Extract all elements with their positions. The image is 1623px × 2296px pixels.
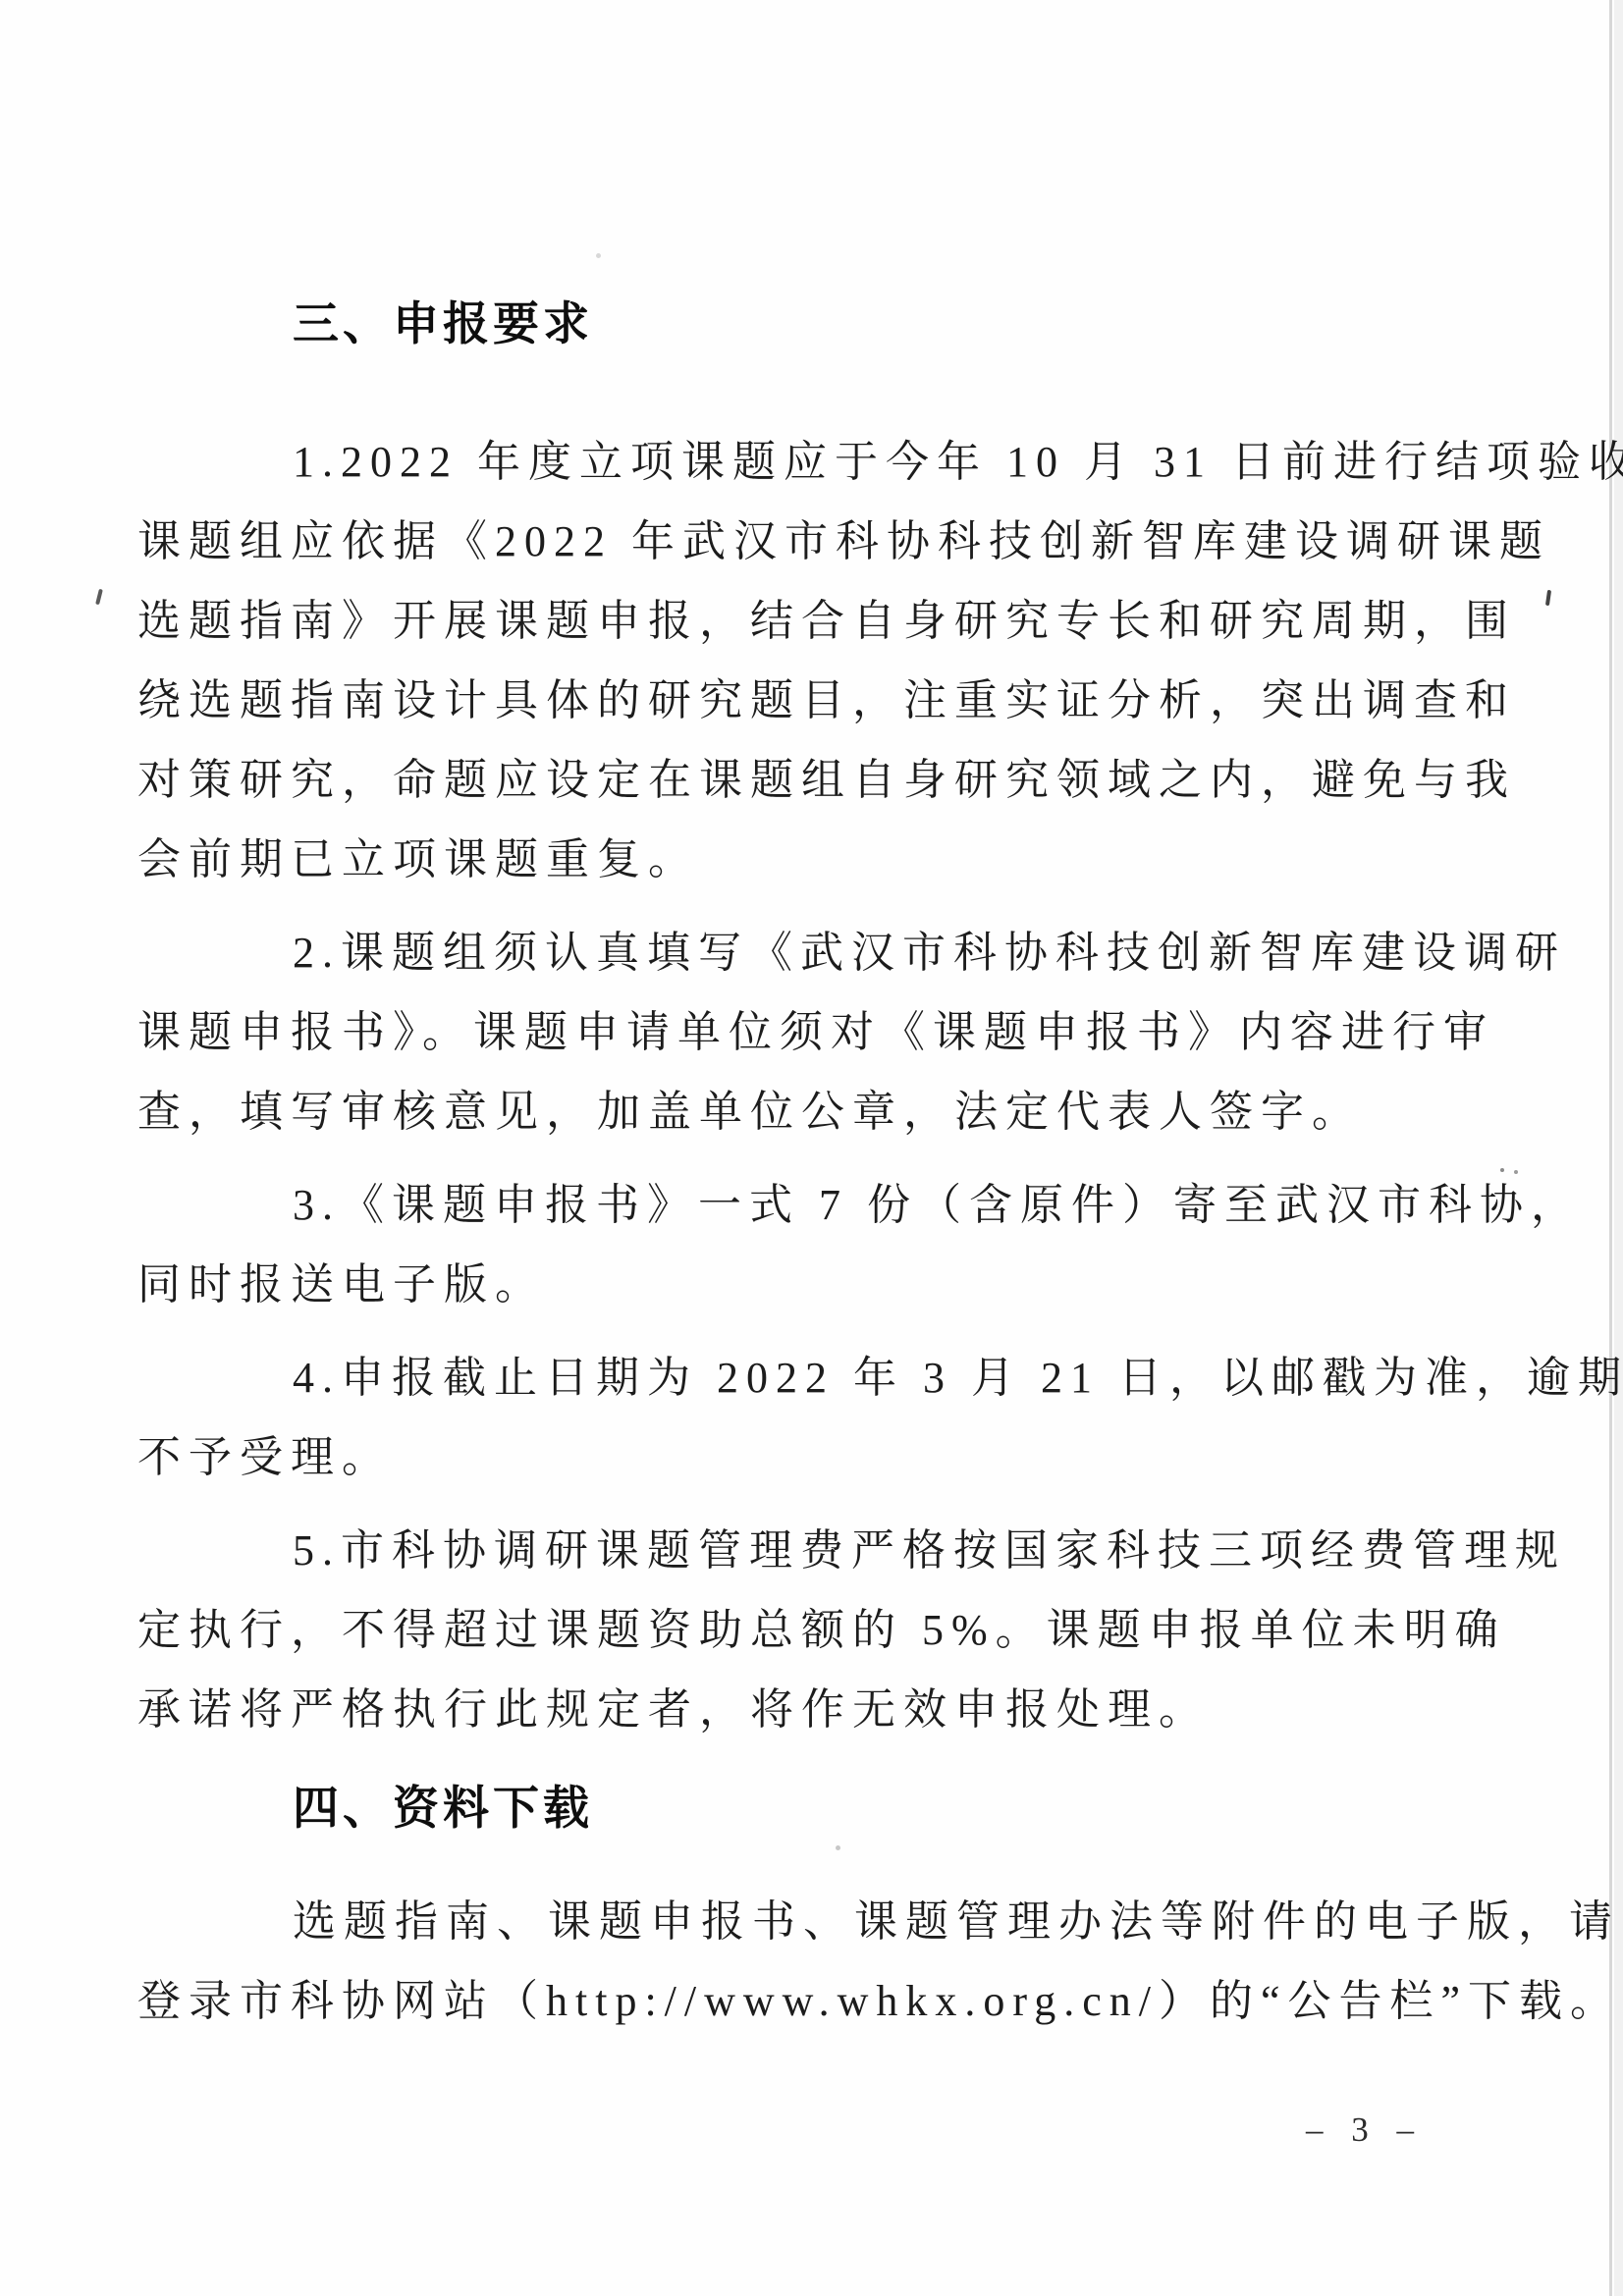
page-number: – 3 – xyxy=(1306,2110,1424,2150)
body-line: 绕选题指南设计具体的研究题目，注重实证分析，突出调查和 xyxy=(137,661,1497,740)
scan-speck xyxy=(1545,590,1551,606)
body-line: 课题组应依据《2022 年武汉市科协科技创新智库建设调研课题 xyxy=(137,502,1497,581)
body-line: 4.申报截止日期为 2022 年 3 月 21 日，以邮戳为准，逾期 xyxy=(137,1338,1497,1417)
paragraph: 5.市科协调研课题管理费严格按国家科技三项经费管理规 定执行，不得超过课题资助总… xyxy=(137,1511,1497,1749)
scan-speck xyxy=(95,589,103,605)
body-line: 查，填写审核意见，加盖单位公章，法定代表人签字。 xyxy=(137,1072,1497,1151)
body-line: 选题指南、课题申报书、课题管理办法等附件的电子版，请 xyxy=(137,1882,1497,1961)
body-line: 选题指南》开展课题申报，结合自身研究专长和研究周期，围 xyxy=(137,581,1497,661)
paragraph: 1.2022 年度立项课题应于今年 10 月 31 日前进行结项验收。 课题组应… xyxy=(137,422,1497,899)
body-line: 1.2022 年度立项课题应于今年 10 月 31 日前进行结项验收。 xyxy=(137,422,1497,502)
document-page: 三、申报要求 1.2022 年度立项课题应于今年 10 月 31 日前进行结项验… xyxy=(0,0,1623,2296)
paragraph: 选题指南、课题申报书、课题管理办法等附件的电子版，请 登录市科协网站（http:… xyxy=(137,1882,1497,2041)
paragraph: 4.申报截止日期为 2022 年 3 月 21 日，以邮戳为准，逾期 不予受理。 xyxy=(137,1338,1497,1497)
paragraph: 2.课题组须认真填写《武汉市科协科技创新智库建设调研 课题申报书》。课题申请单位… xyxy=(137,913,1497,1151)
body-line: 定执行，不得超过课题资助总额的 5%。课题申报单位未明确 xyxy=(137,1590,1497,1670)
body-line: 登录市科协网站（http://www.whkx.org.cn/）的“公告栏”下载… xyxy=(137,1961,1497,2041)
body-line: 5.市科协调研课题管理费严格按国家科技三项经费管理规 xyxy=(137,1511,1497,1590)
body-line: 承诺将严格执行此规定者，将作无效申报处理。 xyxy=(137,1670,1497,1749)
section-heading-3: 三、申报要求 xyxy=(293,294,1497,353)
section-heading-4: 四、资料下载 xyxy=(293,1779,1497,1838)
body-line: 同时报送电子版。 xyxy=(137,1245,1497,1324)
scan-speck xyxy=(596,253,601,258)
body-line: 课题申报书》。课题申请单位须对《课题申报书》内容进行审 xyxy=(137,992,1497,1072)
body-line: 2.课题组须认真填写《武汉市科协科技创新智库建设调研 xyxy=(137,913,1497,992)
body-line: 对策研究，命题应设定在课题组自身研究领域之内，避免与我 xyxy=(137,740,1497,820)
body-line: 3.《课题申报书》一式 7 份（含原件）寄至武汉市科协， xyxy=(137,1165,1497,1245)
body-line: 会前期已立项课题重复。 xyxy=(137,820,1497,899)
document-body: 三、申报要求 1.2022 年度立项课题应于今年 10 月 31 日前进行结项验… xyxy=(137,294,1497,2041)
body-line: 不予受理。 xyxy=(137,1417,1497,1497)
paragraph: 3.《课题申报书》一式 7 份（含原件）寄至武汉市科协， 同时报送电子版。 xyxy=(137,1165,1497,1324)
